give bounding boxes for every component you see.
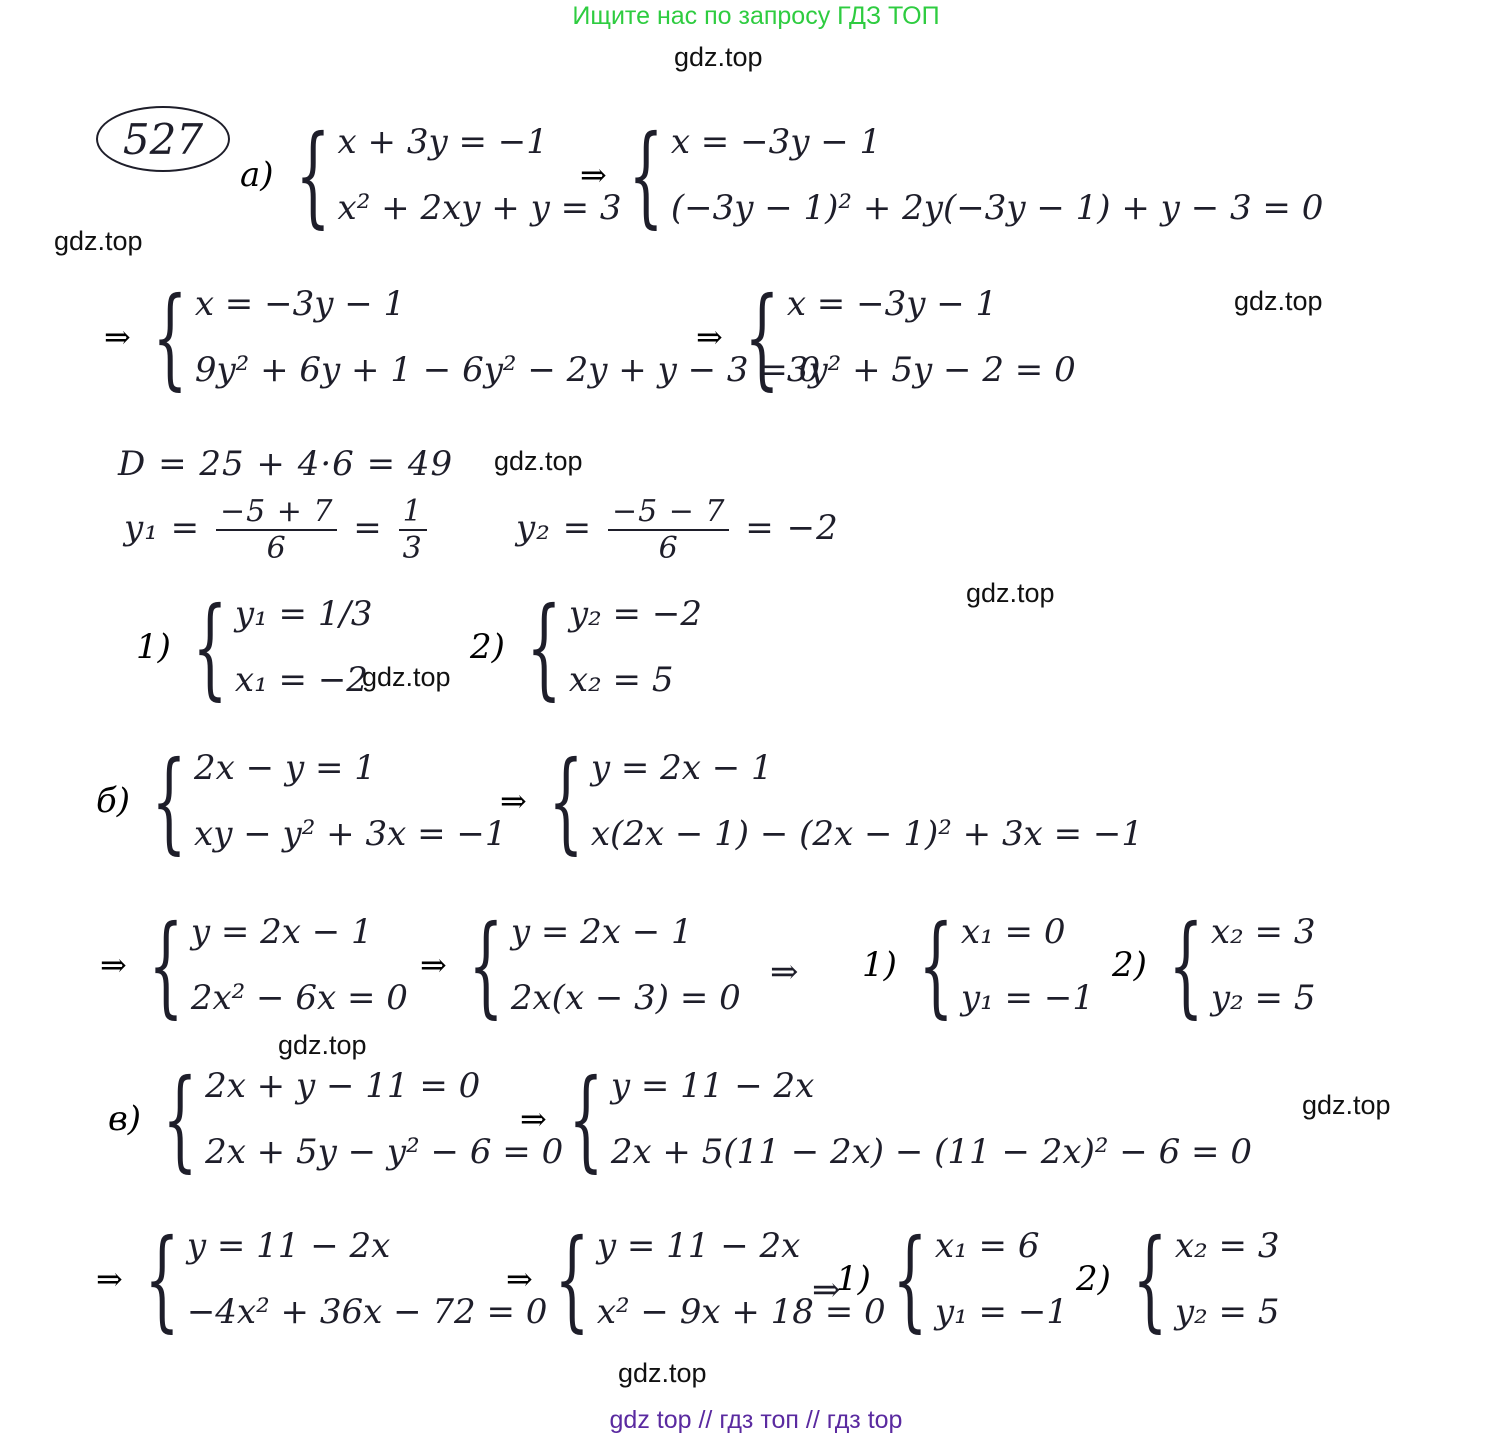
brace-icon: { [568, 1064, 603, 1174]
implies-icon: ⇒ [506, 1260, 533, 1298]
brace-icon: { [918, 910, 953, 1020]
equation: y = 2x − 1 [191, 912, 408, 952]
implies-icon: ⇒ [770, 952, 800, 992]
equation: −4x² + 36x − 72 = 0 [187, 1292, 548, 1332]
brace-icon: { [892, 1224, 927, 1334]
brace-icon: { [526, 592, 561, 702]
equation: 2x + 5y − y² − 6 = 0 [205, 1132, 563, 1172]
part-b-system-4: ⇒ { y = 2x − 1 2x(x − 3) = 0 [420, 910, 741, 1020]
part-b-solution-2: 2) { x₂ = 3 y₂ = 5 [1112, 910, 1315, 1020]
watermark: gdz.top [278, 1030, 367, 1061]
part-a-label: а) [240, 155, 274, 195]
brace-icon: { [144, 1224, 179, 1334]
part-b-label: б) [96, 781, 130, 821]
part-c-system-2: ⇒ { y = 11 − 2x 2x + 5(11 − 2x) − (11 − … [520, 1064, 1252, 1174]
brace-icon: { [148, 910, 183, 1020]
fraction: −5 + 7 6 [216, 494, 338, 566]
equation: x + 3y = −1 [338, 122, 622, 162]
watermark: gdz.top [54, 226, 143, 257]
implies-icon: ⇒ [520, 1100, 547, 1138]
part-b-system-1: б) { 2x − y = 1 xy − y² + 3x = −1 [96, 746, 507, 856]
brace-icon: { [152, 282, 187, 392]
brace-icon: { [192, 592, 227, 702]
brace-icon: { [1132, 1224, 1167, 1334]
equation: y₂ = 5 [1175, 1292, 1280, 1332]
equation: y = 2x − 1 [511, 912, 741, 952]
equation: 2x² − 6x = 0 [191, 978, 408, 1018]
implies-icon: ⇒ [696, 318, 723, 356]
equation: y = 11 − 2x [611, 1066, 1252, 1106]
equation: 2x(x − 3) = 0 [511, 978, 741, 1018]
implies-icon: ⇒ [500, 782, 527, 820]
implies-icon: ⇒ [420, 946, 447, 984]
equation: xy − y² + 3x = −1 [194, 814, 506, 854]
brace-icon: { [468, 910, 503, 1020]
equation: x₁ = 0 [961, 912, 1094, 952]
watermark: gdz.top [674, 42, 763, 73]
equation: y₁ = −1 [935, 1292, 1068, 1332]
part-a-solution-2: 2) { y₂ = −2 x₂ = 5 [470, 592, 702, 702]
part-c-system-1: в) { 2x + y − 11 = 0 2x + 5y − y² − 6 = … [108, 1064, 563, 1174]
part-c-system-3: ⇒ { y = 11 − 2x −4x² + 36x − 72 = 0 [96, 1224, 547, 1334]
equation: y₂ = −2 [569, 594, 702, 634]
watermark: gdz.top [618, 1358, 707, 1389]
root-y2: y₂ = −5 − 7 6 = −2 [516, 494, 839, 566]
equation: x₁ = 6 [935, 1226, 1068, 1266]
brace-icon: { [295, 120, 330, 230]
root-y1: y₁ = −5 + 7 6 = 1 3 [124, 494, 431, 566]
root-y1-label: y₁ = [124, 508, 200, 548]
part-c-label: в) [108, 1099, 141, 1139]
root-y2-label: y₂ = [516, 508, 592, 548]
watermark: gdz.top [966, 578, 1055, 609]
equation: 2x − y = 1 [194, 748, 506, 788]
discriminant: D = 25 + 4·6 = 49 [118, 444, 453, 484]
equation: y₁ = 1/3 [235, 594, 373, 634]
equation: 2x + y − 11 = 0 [205, 1066, 563, 1106]
brace-icon: { [744, 282, 779, 392]
equation: x² + 2xy + y = 3 [338, 188, 622, 228]
part-c-solution-1: 1) { x₁ = 6 y₁ = −1 [836, 1224, 1068, 1334]
watermark: gdz.top [1234, 286, 1323, 317]
brace-icon: { [554, 1224, 589, 1334]
problem-number: 527 [96, 106, 230, 172]
watermark: gdz.top [362, 662, 451, 693]
part-b-system-3: ⇒ { y = 2x − 1 2x² − 6x = 0 [100, 910, 408, 1020]
equation: x₂ = 5 [569, 660, 702, 700]
equation: x₂ = 3 [1211, 912, 1316, 952]
part-a-system-2: ⇒ { x = −3y − 1 (−3y − 1)² + 2y(−3y − 1)… [580, 120, 1323, 230]
equation: 3y² + 5y − 2 = 0 [787, 350, 1076, 390]
implies-icon: ⇒ [100, 946, 127, 984]
equation: x(2x − 1) − (2x − 1)² + 3x = −1 [591, 814, 1143, 854]
equation: 2x + 5(11 − 2x) − (11 − 2x)² − 6 = 0 [611, 1132, 1252, 1172]
part-b-system-2: ⇒ { y = 2x − 1 x(2x − 1) − (2x − 1)² + 3… [500, 746, 1143, 856]
watermark: gdz.top [494, 446, 583, 477]
equation: (−3y − 1)² + 2y(−3y − 1) + y − 3 = 0 [671, 188, 1324, 228]
equation: x = −3y − 1 [671, 122, 1324, 162]
brace-icon: { [152, 746, 187, 856]
equation: y₂ = 5 [1211, 978, 1316, 1018]
implies-icon: ⇒ [104, 318, 131, 356]
equation: x = −3y − 1 [787, 284, 1076, 324]
part-c-solution-2: 2) { x₂ = 3 y₂ = 5 [1076, 1224, 1279, 1334]
implies-icon: ⇒ [580, 156, 607, 194]
implies-icon: ⇒ [96, 1260, 123, 1298]
fraction: 1 3 [399, 494, 427, 566]
search-banner: Ищите нас по запросу ГДЗ ТОП [0, 0, 1512, 32]
part-a-system-1: а) { x + 3y = −1 x² + 2xy + y = 3 [240, 120, 622, 230]
brace-icon: { [163, 1064, 198, 1174]
part-a-system-4: ⇒ { x = −3y − 1 3y² + 5y − 2 = 0 [696, 282, 1076, 392]
equation: y₁ = −1 [961, 978, 1094, 1018]
equation: y = 11 − 2x [187, 1226, 548, 1266]
equation: x₂ = 3 [1175, 1226, 1280, 1266]
brace-icon: { [628, 120, 663, 230]
fraction: −5 − 7 6 [608, 494, 730, 566]
brace-icon: { [548, 746, 583, 856]
equation: x₁ = −2 [235, 660, 373, 700]
footer-watermark: gdz top // гдз топ // гдз top [0, 1406, 1512, 1435]
part-a-solution-1: 1) { y₁ = 1/3 x₁ = −2 [136, 592, 373, 702]
brace-icon: { [1168, 910, 1203, 1020]
equation: y = 2x − 1 [591, 748, 1143, 788]
part-b-solution-1: 1) { x₁ = 0 y₁ = −1 [862, 910, 1094, 1020]
watermark: gdz.top [1302, 1090, 1391, 1121]
